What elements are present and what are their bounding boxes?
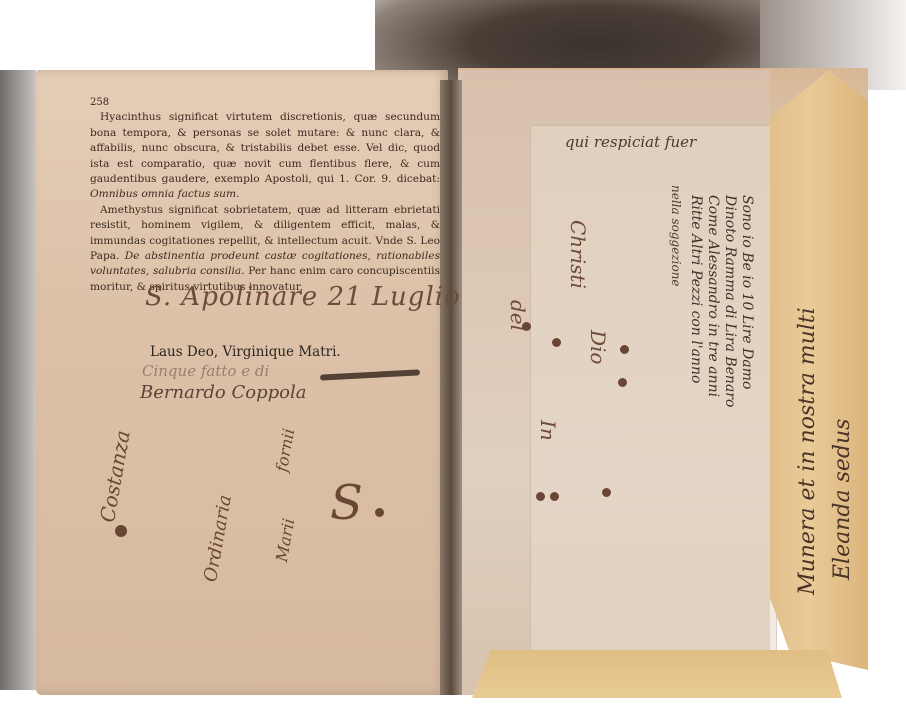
handwritten-vertical-line-4: Ritte Altri Pezzi con l'anno — [688, 195, 704, 383]
vellum-inscription-line-2: Eleanda sedus — [830, 419, 855, 580]
handwritten-top-line: qui respiciat fuer — [565, 133, 696, 151]
ink-blot — [375, 508, 384, 517]
ink-blot — [552, 338, 561, 347]
ink-blot — [536, 492, 545, 501]
handwritten-flourish-4: Dio — [586, 330, 610, 364]
handwritten-inscription: S. Apolinare 21 Luglio — [145, 282, 461, 312]
paragraph-hyacinthus: Hyacinthus significat virtutem discretio… — [90, 110, 440, 202]
handwritten-vertical-line-1: Sono io Be io 10 Lire Damo — [739, 195, 755, 389]
handwritten-vertical-underlined: nella soggezione — [669, 185, 683, 287]
handwritten-flourish-2: In — [536, 420, 560, 441]
ink-blot — [602, 488, 611, 497]
ink-blot — [115, 525, 127, 537]
ink-blot — [522, 322, 531, 331]
printed-text-block: 258 Hyacinthus significat virtutem discr… — [90, 95, 440, 295]
left-edge-shadow — [0, 70, 36, 690]
vellum-inscription-line-1: Munera et in nostra multi — [795, 307, 820, 595]
handwritten-flourish-s: S — [330, 475, 363, 531]
handwritten-struck-line: Cinque fatto e di — [142, 362, 269, 380]
paragraph-hyacinthus-quote: Omnibus omnia factus sum. — [90, 188, 239, 200]
printed-colophon: Laus Deo, Virginique Matri. — [150, 344, 341, 360]
handwritten-flourish-3: Christi — [566, 220, 590, 289]
page-number: 258 — [90, 95, 440, 110]
handwritten-vertical-line-2: Dinoto Ramma di Lira Benaro — [722, 195, 738, 407]
ink-blot — [620, 345, 629, 354]
ink-blot — [550, 492, 559, 501]
ink-blot — [618, 378, 627, 387]
handwritten-vertical-line-3: Come Alessandro in tre anni — [705, 195, 721, 397]
book-gutter — [440, 80, 462, 695]
background-white-top — [0, 0, 370, 75]
paragraph-hyacinthus-text: Hyacinthus significat virtutem discretio… — [90, 111, 440, 185]
handwritten-signature: Bernardo Coppola — [140, 382, 306, 403]
vellum-bottom-turn-in — [472, 650, 842, 698]
